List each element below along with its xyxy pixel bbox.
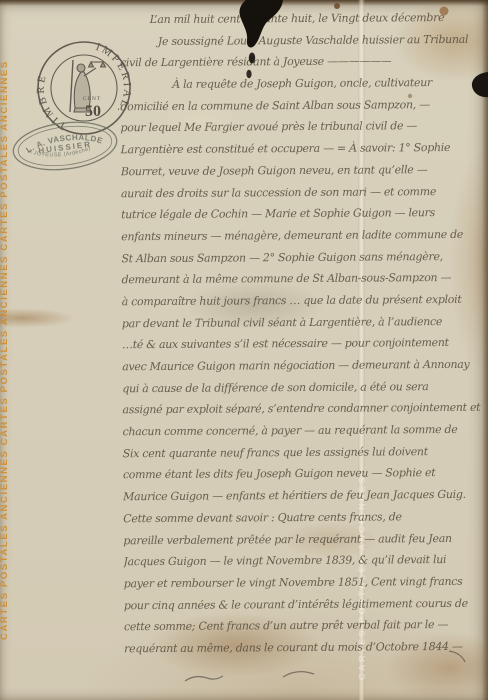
manuscript-line: Maurice Guigon — enfants et héritiers de… xyxy=(123,484,483,508)
manuscript-line: avec Maurice Guigon marin négociation — … xyxy=(122,354,482,378)
manuscript-line: Jacques Guigon — le vingt Novembre 1839,… xyxy=(123,549,483,573)
manuscript-line: L’an mil huit cent soixante huit, le Vin… xyxy=(120,7,480,31)
left-watermark-text: CARTES POSTALES ANCIENNES CARTES POSTALE… xyxy=(0,0,12,700)
manuscript-line: demeurant à la même commune de St Alban-… xyxy=(121,267,481,291)
manuscript-line: Six cent quarante neuf francs que les as… xyxy=(123,440,483,464)
manuscript-line: …té & aux suivantes s’il est nécessaire … xyxy=(122,332,482,356)
manuscript-line: pour lequel Me Fargier avoué près le tri… xyxy=(120,115,480,139)
huissier-oval-stamp-icon: L. A. VASCHALDE HUISSIER A JOYEUSE (Ardè… xyxy=(7,113,123,178)
manuscript-line: Cette somme devant savoir : Quatre cents… xyxy=(123,506,483,530)
manuscript-line: Bourret, veuve de Joseph Guigon neveu, e… xyxy=(121,159,481,183)
manuscript-line: pour cinq années & le courant d’intérêts… xyxy=(124,592,484,616)
stamp-cent-label: CENT xyxy=(83,96,101,102)
manuscript-line: cette somme; Cent francs d’un autre prêt… xyxy=(124,614,484,638)
manuscript-line: chacun comme concerné, à payer — au requ… xyxy=(123,419,483,443)
manuscript-line: pareille verbalement prêtée par le requé… xyxy=(123,527,483,551)
manuscript-line: À la requête de Joseph Guigon, oncle, cu… xyxy=(120,72,480,96)
document-scan: CARTES POSTALES ANCIENNES CARTES POSTALE… xyxy=(0,0,488,700)
manuscript-line: tutrice légale de Cochin — Marie et Soph… xyxy=(121,202,481,226)
manuscript-lines: L’an mil huit cent soixante huit, le Vin… xyxy=(120,7,485,677)
manuscript-line: Je soussigné Louis Auguste Vaschalde hui… xyxy=(120,28,480,52)
manuscript-line: comme étant les dits feu Joseph Guigon n… xyxy=(123,462,483,486)
manuscript-line: civil de Largentière résidant à Joyeuse … xyxy=(120,50,480,74)
manuscript-line: Largentière est constitué et occupera — … xyxy=(121,137,481,161)
manuscript-line: à comparaître huit jours francs … que la… xyxy=(122,289,482,313)
manuscript-line: par devant le Tribunal civil séant à Lar… xyxy=(122,310,482,334)
manuscript-line: St Alban sous Sampzon — 2° Sophie Guigon… xyxy=(121,245,481,269)
manuscript-line: requérant au même, dans le courant du mo… xyxy=(124,636,484,660)
manuscript-line: aurait des droits sur la succession de s… xyxy=(121,180,481,204)
manuscript-line: payer et rembourser le vingt Novembre 18… xyxy=(124,571,484,595)
manuscript-line: qui à cause de la différence de son domi… xyxy=(122,375,482,399)
manuscript-line: domicilié en la commune de Saint Alban s… xyxy=(120,93,480,117)
manuscript-line: enfants mineurs — ménagère, demeurant en… xyxy=(121,224,481,248)
manuscript-line: assigné par exploit séparé, s’entendre c… xyxy=(122,397,482,421)
